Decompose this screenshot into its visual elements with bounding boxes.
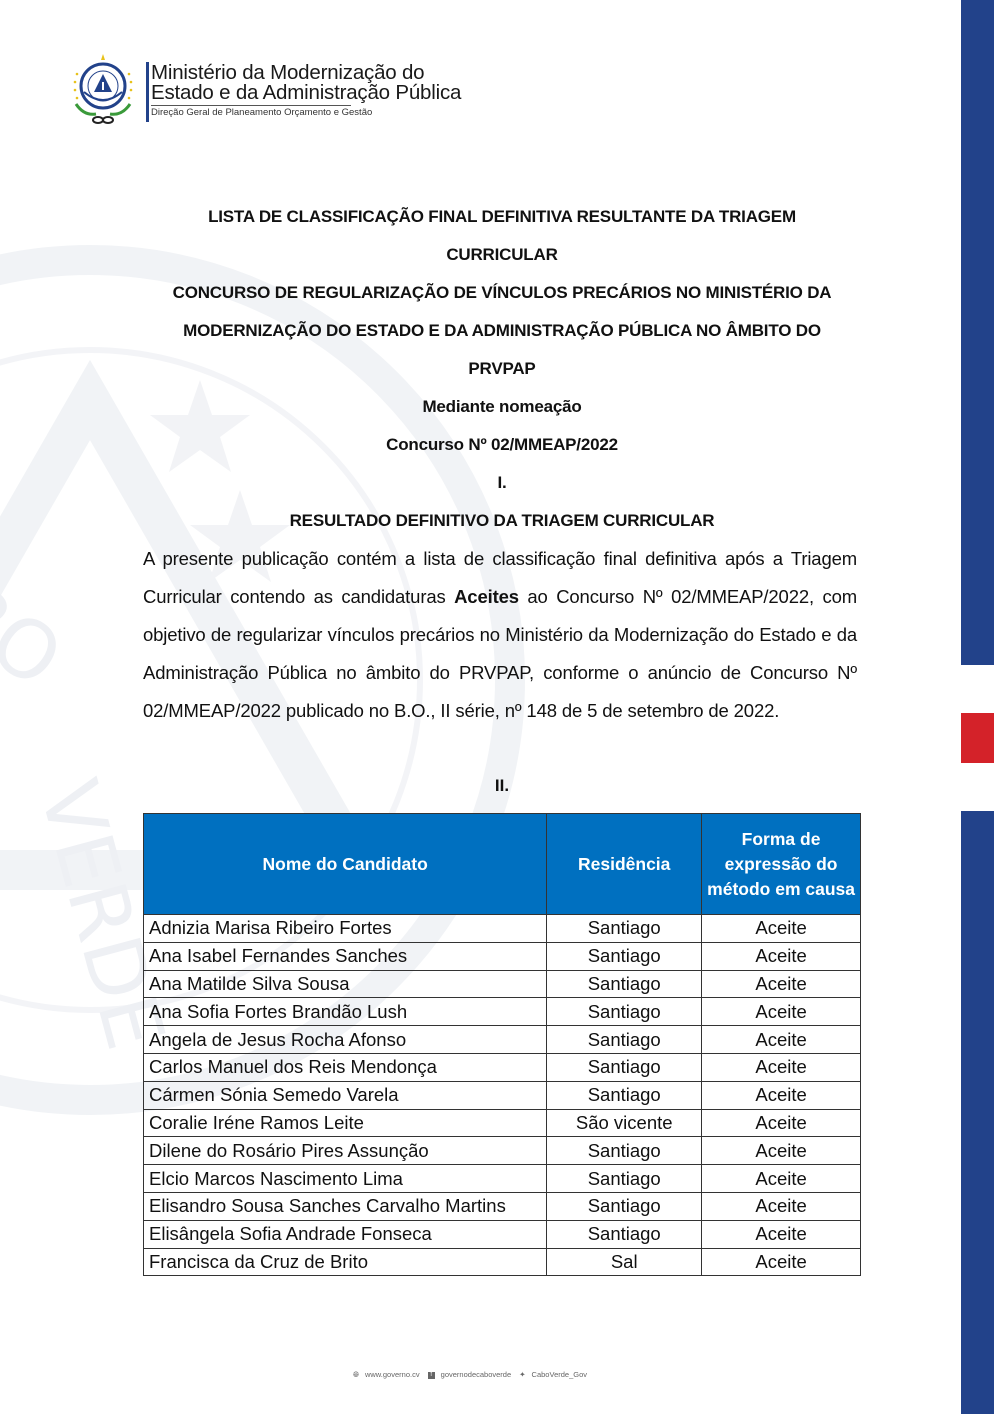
subtitle-method: Mediante nomeação [143, 388, 861, 426]
facebook-icon: f [428, 1372, 435, 1379]
column-header-name: Nome do Candidato [144, 814, 547, 915]
table-row: Francisca da Cruz de BritoSalAceite [144, 1248, 861, 1276]
globe-icon: 🌐︎ [353, 1370, 359, 1379]
table-row: Angela de Jesus Rocha AfonsoSantiagoAcei… [144, 1026, 861, 1054]
cell-status: Aceite [702, 1081, 861, 1109]
cell-candidate-name: Ana Sofia Fortes Brandão Lush [144, 998, 547, 1026]
table-row: Elisandro Sousa Sanches Carvalho Martins… [144, 1192, 861, 1220]
table-row: Ana Isabel Fernandes SanchesSantiagoAcei… [144, 942, 861, 970]
cell-residence: Santiago [547, 1192, 702, 1220]
title-line: PRVPAP [143, 350, 861, 388]
cell-candidate-name: Ana Isabel Fernandes Sanches [144, 942, 547, 970]
decorative-stripe-blue-top [961, 0, 994, 665]
cell-status: Aceite [702, 1248, 861, 1276]
cell-residence: Santiago [547, 1220, 702, 1248]
cell-residence: Santiago [547, 1081, 702, 1109]
document-title: LISTA DE CLASSIFICAÇÃO FINAL DEFINITIVA … [143, 198, 861, 540]
cell-candidate-name: Francisca da Cruz de Brito [144, 1248, 547, 1276]
logo-rule [151, 105, 351, 106]
cell-candidate-name: Angela de Jesus Rocha Afonso [144, 1026, 547, 1054]
cell-status: Aceite [702, 942, 861, 970]
cell-residence: Santiago [547, 970, 702, 998]
decorative-stripe-red [961, 713, 994, 763]
cell-candidate-name: Adnizia Marisa Ribeiro Fortes [144, 915, 547, 943]
facebook-link[interactable]: governodecaboverde [441, 1370, 511, 1379]
intro-paragraph: A presente publicação contém a lista de … [143, 540, 857, 730]
table-row: Ana Matilde Silva SousaSantiagoAceite [144, 970, 861, 998]
title-line: LISTA DE CLASSIFICAÇÃO FINAL DEFINITIVA … [143, 198, 861, 236]
contest-number: Concurso Nº 02/MMEAP/2022 [143, 426, 861, 464]
section-number-2: II. [143, 776, 861, 796]
cell-status: Aceite [702, 1192, 861, 1220]
cell-candidate-name: Elisandro Sousa Sanches Carvalho Martins [144, 1192, 547, 1220]
title-line: MODERNIZAÇÃO DO ESTADO E DA ADMINISTRAÇÃ… [143, 312, 861, 350]
table-header-row: Nome do Candidato Residência Forma de ex… [144, 814, 861, 915]
cell-status: Aceite [702, 1026, 861, 1054]
paragraph-bold-text: Aceites [454, 586, 519, 607]
section-number-1: I. [143, 464, 861, 502]
cell-residence: Santiago [547, 1165, 702, 1193]
title-line: CURRICULAR [143, 236, 861, 274]
cell-status: Aceite [702, 1220, 861, 1248]
twitter-icon: ✦ [519, 1370, 525, 1379]
cell-candidate-name: Coralie Iréne Ramos Leite [144, 1109, 547, 1137]
logo-divider [146, 62, 149, 122]
ministry-name-line2: Estado e da Administração Pública [151, 81, 461, 105]
cell-residence: Santiago [547, 1026, 702, 1054]
column-header-residence: Residência [547, 814, 702, 915]
cell-residence: Santiago [547, 998, 702, 1026]
cell-status: Aceite [702, 1053, 861, 1081]
table-row: Elcio Marcos Nascimento LimaSantiagoAcei… [144, 1165, 861, 1193]
cell-residence: Sal [547, 1248, 702, 1276]
cell-status: Aceite [702, 998, 861, 1026]
candidates-table: Nome do Candidato Residência Forma de ex… [143, 813, 861, 1276]
website-link[interactable]: www.governo.cv [365, 1370, 420, 1379]
cell-status: Aceite [702, 970, 861, 998]
cell-status: Aceite [702, 1109, 861, 1137]
cell-residence: Santiago [547, 1053, 702, 1081]
cell-residence: Santiago [547, 1137, 702, 1165]
cell-candidate-name: Carlos Manuel dos Reis Mendonça [144, 1053, 547, 1081]
cell-candidate-name: Dilene do Rosário Pires Assunção [144, 1137, 547, 1165]
cell-candidate-name: Ana Matilde Silva Sousa [144, 970, 547, 998]
decorative-stripe-blue-bottom [961, 811, 994, 1414]
cell-status: Aceite [702, 915, 861, 943]
ministry-logo: Ministério da Modernização do Estado e d… [70, 52, 480, 132]
cell-status: Aceite [702, 1137, 861, 1165]
coat-of-arms-icon [70, 52, 136, 128]
cell-residence: São vicente [547, 1109, 702, 1137]
table-row: Coralie Iréne Ramos LeiteSão vicenteAcei… [144, 1109, 861, 1137]
table-row: Adnizia Marisa Ribeiro FortesSantiagoAce… [144, 915, 861, 943]
footer-social-links: 🌐︎www.governo.cv fgovernodecaboverde ✦Ca… [340, 1370, 600, 1380]
cell-status: Aceite [702, 1165, 861, 1193]
cell-residence: Santiago [547, 915, 702, 943]
directorate-name: Direção Geral de Planeamento Orçamento e… [151, 107, 372, 118]
table-row: Cármen Sónia Semedo VarelaSantiagoAceite [144, 1081, 861, 1109]
twitter-link[interactable]: CaboVerde_Gov [532, 1370, 587, 1379]
title-line: CONCURSO DE REGULARIZAÇÃO DE VÍNCULOS PR… [143, 274, 861, 312]
svg-text:CABO: CABO [0, 499, 78, 705]
table-row: Ana Sofia Fortes Brandão LushSantiagoAce… [144, 998, 861, 1026]
column-header-method: Forma de expressão do método em causa [702, 814, 861, 915]
cell-residence: Santiago [547, 942, 702, 970]
cell-candidate-name: Cármen Sónia Semedo Varela [144, 1081, 547, 1109]
table-row: Carlos Manuel dos Reis MendonçaSantiagoA… [144, 1053, 861, 1081]
cell-candidate-name: Elisângela Sofia Andrade Fonseca [144, 1220, 547, 1248]
cell-candidate-name: Elcio Marcos Nascimento Lima [144, 1165, 547, 1193]
table-row: Dilene do Rosário Pires AssunçãoSantiago… [144, 1137, 861, 1165]
section-heading-1: RESULTADO DEFINITIVO DA TRIAGEM CURRICUL… [143, 502, 861, 540]
table-row: Elisângela Sofia Andrade FonsecaSantiago… [144, 1220, 861, 1248]
